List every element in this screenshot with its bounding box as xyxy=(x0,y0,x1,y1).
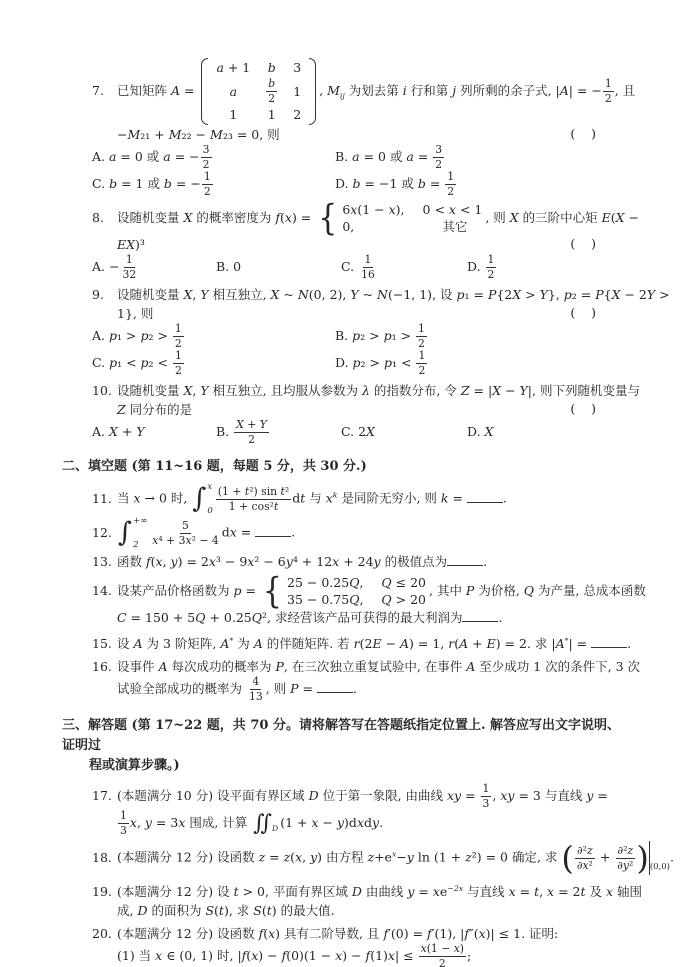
denominator: 2 xyxy=(433,158,444,171)
text-run: 1}, 则 xyxy=(117,306,153,321)
question-line: −M₂₁ + M₂₂ − M₂₃ = 0, 则( ) xyxy=(92,125,626,144)
text-run: , 其中 xyxy=(429,583,466,598)
question-16: 16.设事件 A 每次成功的概率为 P, 在三次独立重复试验中, 在事件 A 至… xyxy=(92,657,626,703)
text-run: 0, xyxy=(342,219,354,234)
text-run: + 24 xyxy=(339,554,373,569)
text-run: ) = 1, xyxy=(409,636,448,651)
text-run: 1 xyxy=(293,84,301,99)
fraction: 413 xyxy=(247,676,265,703)
text-run: . xyxy=(670,850,674,865)
math-var: t xyxy=(274,500,278,513)
question-line: 10.设随机变量 X, Y 相互独立, 且均服从参数为 λ 的指数分布, 令 Z… xyxy=(92,381,626,400)
text-run: 是同阶无穷小, 则 xyxy=(338,491,441,506)
text-run: 每次成功的概率为 xyxy=(168,659,276,674)
text-run: C. xyxy=(92,355,109,370)
math-var: E xyxy=(487,636,496,651)
text-run: ₂₃ = 0, 则 xyxy=(223,127,280,142)
text-run: = −1 或 xyxy=(361,176,418,191)
exam-page: 7.已知矩阵 A = a + 1b3ab21112, Mij 为划去第 i 行和… xyxy=(0,0,684,967)
matrix-cell: 1 xyxy=(268,108,276,122)
blank-underline xyxy=(255,525,291,537)
text-run: }, xyxy=(548,287,564,302)
text-run: )| ≤ 1. 证明: xyxy=(486,926,559,941)
text-run: − xyxy=(396,850,406,865)
text-run: = xyxy=(448,491,466,506)
text-run: (本题满分 10 分) 设平面有界区域 xyxy=(117,788,309,803)
text-run: D. xyxy=(335,176,353,191)
math-var: A xyxy=(556,636,565,651)
text-run: > 20 xyxy=(392,592,426,607)
text-run: 1 xyxy=(120,809,127,822)
piecewise: {25 − 0.25Q,Q ≤ 2035 − 0.75Q,Q > 20 xyxy=(263,575,426,608)
eval-point: (0,0) xyxy=(650,858,670,877)
text-run: B. xyxy=(335,328,352,343)
math-var: A xyxy=(466,659,475,674)
denominator: 2 xyxy=(437,957,448,967)
math-var: p xyxy=(456,287,464,302)
math-var: Q xyxy=(349,592,359,607)
math-var: a xyxy=(216,60,223,75)
text-run: (1 − xyxy=(427,942,454,955)
text-run: A. xyxy=(92,149,109,164)
numerator: 1 xyxy=(416,350,427,364)
math-var: λ xyxy=(362,383,370,398)
text-run: ⁴ + 3 xyxy=(158,534,185,547)
math-var: a xyxy=(352,149,359,164)
numerator: 3 xyxy=(201,144,212,158)
text-run: ) = 2 xyxy=(178,554,209,569)
text-run: D. xyxy=(335,355,353,370)
fraction: ∂²z∂y² xyxy=(615,845,635,872)
text-run: − 2 xyxy=(621,287,647,302)
lower-limit: 2 xyxy=(133,541,147,550)
question-line: 8.设随机变量 X 的概率密度为 f(x) = {6x(1 − x),0 < x… xyxy=(92,202,626,235)
text-run: ₁ > xyxy=(392,328,415,343)
text-run: 同分布的是 xyxy=(126,402,192,417)
section-fill-in-heading: 二、填空题 (第 11~16 题，每题 5 分，共 30 分.) xyxy=(62,457,626,477)
case-cell: 25 − 0.25Q, xyxy=(287,575,363,591)
denominator: 2 xyxy=(266,92,277,105)
question-line: 20.(本题满分 12 分) 设函数 f(x) 具有二阶导数, 且 f′(0) … xyxy=(92,924,626,943)
matrix-cell: b xyxy=(268,61,276,75)
blank-underline xyxy=(317,681,353,693)
text-run: (0, 2), xyxy=(309,287,351,302)
upper-limit: +∞ xyxy=(133,517,147,526)
math-var: D xyxy=(137,903,147,918)
math-var: b xyxy=(418,176,426,191)
text-run: ~ xyxy=(359,287,377,302)
text-run: A. xyxy=(92,424,109,439)
text-run: 为产量, 总成本函数 xyxy=(534,583,646,598)
text-run: ) xyxy=(460,942,464,955)
text-run: = xyxy=(242,583,260,598)
question-number: 9. xyxy=(92,285,117,304)
options-row: A. a = 0 或 a = −32B. a = 0 或 a = 32 xyxy=(92,144,626,171)
text-run: ) 由方程 xyxy=(317,850,367,865)
option: D. X xyxy=(467,422,493,441)
choice-questions: 7.已知矩阵 A = a + 1b3ab21112, Mij 为划去第 i 行和… xyxy=(62,58,626,446)
math-var: X xyxy=(109,424,118,439)
math-var: M xyxy=(127,127,140,142)
math-var: x xyxy=(509,884,516,899)
text-run: − xyxy=(625,210,639,225)
math-var: Q xyxy=(349,575,359,590)
text-run: 1 xyxy=(204,170,211,183)
numerator: (1 + t²) sin t² xyxy=(216,486,291,500)
math-var: z xyxy=(587,844,593,857)
math-var: p xyxy=(141,355,149,370)
fraction: b2 xyxy=(266,78,277,105)
text-run: 的伴随矩阵. 若 xyxy=(263,636,354,651)
math-var: b xyxy=(164,176,172,191)
math-var: x xyxy=(388,948,395,963)
math-var: x xyxy=(479,926,486,941)
question-line: Z 同分布的是( ) xyxy=(92,400,626,419)
denominator: 3 xyxy=(118,824,129,837)
text-run: ₁ = xyxy=(465,287,488,302)
text-run: , xyxy=(359,592,363,607)
text-run: 3 xyxy=(483,797,490,810)
math-var: Y xyxy=(350,287,358,302)
math-var: b xyxy=(109,176,117,191)
math-var: y xyxy=(286,554,293,569)
fraction: (1 + t²) sin t²1 + cos²t xyxy=(216,486,291,513)
math-var: b xyxy=(353,176,361,191)
math-var: EX xyxy=(117,237,135,252)
text-run: 及 xyxy=(586,884,606,899)
math-var: x xyxy=(230,525,237,540)
text-run: = 1 或 xyxy=(117,176,164,191)
integral-limits: +∞2 xyxy=(133,518,147,548)
answer-paren: ( ) xyxy=(570,124,596,143)
options-row: C. b = 1 或 b = −12D. b = −1 或 b = 12 xyxy=(92,171,626,198)
text-run: ′(1), | xyxy=(432,926,465,941)
text-run: = − xyxy=(171,149,200,164)
question-number: 10. xyxy=(92,381,117,400)
math-var: M xyxy=(210,127,223,142)
text-run: ³ − 9 xyxy=(216,554,247,569)
text-run: 2 xyxy=(418,364,425,377)
math-var: p xyxy=(109,355,117,370)
text-run: , xyxy=(302,850,310,865)
numerator: ∂²z xyxy=(575,845,595,859)
text-run: B. xyxy=(216,424,233,439)
text-run: = − xyxy=(172,176,201,191)
text-run: 4 xyxy=(252,675,259,688)
question-20: 20.(本题满分 12 分) 设函数 f(x) 具有二阶导数, 且 f′(0) … xyxy=(92,924,626,967)
option: A. −132 xyxy=(92,254,216,281)
text-run: 2 xyxy=(268,92,275,105)
option: B. a = 0 或 a = 32 xyxy=(335,144,445,171)
text-run: 为 3 阶矩阵, xyxy=(143,636,221,651)
text-run: = xyxy=(265,850,283,865)
matrix-grid: a + 1b3ab21112 xyxy=(208,58,309,125)
matrix-cell: 1 xyxy=(229,108,237,122)
text-run: 已知矩阵 xyxy=(117,83,171,98)
text-run: ; xyxy=(467,948,471,963)
text-run: > 0, 平面有界区域 xyxy=(239,884,352,899)
text-run: 当 xyxy=(117,491,133,506)
text-run: 1 xyxy=(175,349,182,362)
text-run: 其它 xyxy=(423,219,468,234)
text-run: ) 具有二阶导数, 且 xyxy=(275,926,383,941)
question-line: 1}, 则( ) xyxy=(92,304,626,323)
answer-paren: ( ) xyxy=(570,234,596,253)
denominator: 2 xyxy=(445,185,456,198)
brace-icon: { xyxy=(263,574,282,609)
text-run: 1 xyxy=(175,322,182,335)
fraction: 5x⁴ + 3x² − 4 xyxy=(150,520,220,547)
text-run: ) = 2. 求 | xyxy=(496,636,556,651)
text-run: D. xyxy=(467,259,485,274)
math-var: S xyxy=(253,903,262,918)
question-number: 14. xyxy=(92,581,117,600)
denominator: 16 xyxy=(359,268,377,281)
text-run: D. xyxy=(467,424,485,439)
denominator: 3 xyxy=(481,797,492,810)
denominator: ∂y² xyxy=(615,859,635,872)
math-var: x xyxy=(209,554,216,569)
text-run: > xyxy=(521,287,539,302)
fraction: 116 xyxy=(359,254,377,281)
text-run: 3 xyxy=(435,143,442,156)
fraction: X + Y2 xyxy=(234,419,269,446)
numerator: 1 xyxy=(603,78,614,92)
text-run: 设随机变量 xyxy=(117,210,183,225)
text-run: 1 xyxy=(418,322,425,335)
text-run: 设某产品价格函数为 xyxy=(117,583,233,598)
math-var: p xyxy=(353,355,361,370)
math-var: C xyxy=(117,610,127,625)
fraction: 12 xyxy=(486,254,497,281)
text-run: = xyxy=(593,788,607,803)
text-run: 行和第 xyxy=(407,83,452,98)
text-run: . xyxy=(498,610,502,625)
text-run: = xyxy=(180,83,198,98)
integral-icon: ∫ xyxy=(118,519,132,547)
question-line: (1) 当 x ∈ (0, 1) 时, |f(x) − f(0)(1 − x) … xyxy=(92,943,626,967)
math-var: E xyxy=(372,636,381,651)
denominator: x⁴ + 3x² − 4 xyxy=(150,534,220,547)
fraction: 12 xyxy=(603,78,614,105)
math-var: xy xyxy=(447,788,461,803)
text-run: , 在三次独立重复试验中, 在事件 xyxy=(284,659,466,674)
math-var: P xyxy=(290,681,298,696)
question-14: 14.设某产品价格函数为 p = {25 − 0.25Q,Q ≤ 2035 − … xyxy=(92,575,626,627)
math-var: p xyxy=(384,328,392,343)
numerator: 4 xyxy=(250,676,261,690)
text-run: + 0.25 xyxy=(205,610,251,625)
text-run: + xyxy=(244,418,260,431)
text-run: ∂² xyxy=(618,844,628,857)
question-12: 12.∫+∞25x⁴ + 3x² − 4dx = . xyxy=(92,518,626,548)
section-solve-heading-line2: 程或演算步骤。) xyxy=(89,756,626,776)
text-run: 相互独立, xyxy=(209,287,271,302)
text-run: ), 求 xyxy=(224,903,253,918)
question-line: 试验全部成功的概率为 413, 则 P = . xyxy=(92,676,626,703)
text-run: + xyxy=(468,636,486,651)
text-run: ~ xyxy=(279,287,297,302)
text-run: 16 xyxy=(361,268,375,281)
blank-underline xyxy=(447,554,483,566)
text-run: ² xyxy=(629,859,633,872)
denominator: 2 xyxy=(246,433,257,446)
question-number: 12. xyxy=(92,523,117,542)
integral-icon: ∫ xyxy=(192,485,206,513)
math-var: A xyxy=(133,636,142,651)
math-var: Q xyxy=(381,575,391,590)
math-var: M xyxy=(327,83,340,98)
math-var: b xyxy=(268,60,276,75)
text-run: (本题满分 12 分) 设函数 xyxy=(117,926,259,941)
text-run: C. xyxy=(92,176,109,191)
text-run: { xyxy=(604,287,612,302)
blank-underline xyxy=(591,636,627,648)
paren-right-icon xyxy=(309,58,316,125)
case-cell: 35 − 0.75Q, xyxy=(287,592,363,608)
math-var: Y xyxy=(200,383,208,398)
matrix-cell: 3 xyxy=(293,61,301,75)
solve-questions: 17.(本题满分 10 分) 设平面有界区域 D 位于第一象限, 由曲线 xy … xyxy=(62,783,626,967)
question-number: 15. xyxy=(92,634,117,653)
fraction: 32 xyxy=(433,144,444,171)
math-var: x xyxy=(433,884,440,899)
math-var: y xyxy=(145,815,152,830)
text-run: = 0 或 xyxy=(116,149,163,164)
text-run: 2 xyxy=(204,185,211,198)
text-run: − xyxy=(319,815,337,830)
question-number: 20. xyxy=(92,924,117,943)
text-run: ∂² xyxy=(577,844,587,857)
math-var: E xyxy=(602,210,611,225)
text-run: = 0 或 xyxy=(360,149,407,164)
math-var: x xyxy=(357,815,364,830)
numerator: 1 xyxy=(486,254,497,268)
question-15: 15.设 A 为 3 阶矩阵, A* 为 A 的伴随矩阵. 若 r(2E − A… xyxy=(92,631,626,653)
text-run: ⁴ + 12 xyxy=(293,554,332,569)
matrix-cell: b2 xyxy=(265,78,278,105)
fraction: 132 xyxy=(120,254,138,281)
math-var: X xyxy=(492,383,501,398)
text-run: = 3 xyxy=(152,815,178,830)
question-7: 7.已知矩阵 A = a + 1b3ab21112, Mij 为划去第 i 行和… xyxy=(92,58,626,198)
text-run: A. xyxy=(92,328,109,343)
text-run: (1 + xyxy=(280,815,311,830)
denominator: ∂x² xyxy=(575,859,595,872)
fraction: 12 xyxy=(416,350,427,377)
numerator: b xyxy=(266,78,277,92)
brace-icon: { xyxy=(318,201,337,236)
question-line: 14.设某产品价格函数为 p = {25 − 0.25Q,Q ≤ 2035 − … xyxy=(92,575,626,608)
matrix: a + 1b3ab21112 xyxy=(201,58,316,125)
text-run: 35 − 0.75 xyxy=(287,592,349,607)
text-run: | = − xyxy=(569,83,602,98)
question-number: 19. xyxy=(92,882,117,901)
text-run: ) = xyxy=(292,210,315,225)
paren-left-icon xyxy=(201,58,208,125)
options-row: C. p₁ < p₂ < 12D. p₂ > p₁ < 12 xyxy=(92,350,626,377)
fraction: x(1 − x)2 xyxy=(419,943,466,967)
text-run: ² xyxy=(285,485,289,498)
text-run: 的概率密度为 xyxy=(192,210,275,225)
text-run: 13 xyxy=(249,690,263,703)
text-run: 1 xyxy=(447,170,454,183)
text-run: 1 xyxy=(488,253,495,266)
math-var: N xyxy=(298,287,309,302)
text-run: 的指数分布, 令 xyxy=(370,383,461,398)
math-var: S xyxy=(205,903,214,918)
math-var: x xyxy=(133,491,140,506)
case-cell: Q ≤ 20 xyxy=(381,575,426,591)
fraction: 13 xyxy=(481,783,492,810)
text-run: 1 xyxy=(418,349,425,362)
text-run: , 且 xyxy=(615,83,635,98)
math-var: X xyxy=(616,210,625,225)
text-run: 2 xyxy=(248,433,255,446)
math-var: A xyxy=(254,636,263,651)
math-var: X xyxy=(512,287,521,302)
big-paren: ) xyxy=(636,839,648,877)
numerator: 1 xyxy=(173,350,184,364)
fraction: 12 xyxy=(416,323,427,350)
text-run: + xyxy=(596,850,614,865)
math-var: x xyxy=(207,482,212,492)
text-run: = xyxy=(461,788,479,803)
text-run: 试验全部成功的概率为 xyxy=(117,681,246,696)
math-var: x xyxy=(449,202,456,217)
exam-document: { "sections":{ "s2":"二、填空题 (第 11~16 题，每题… xyxy=(0,0,684,967)
evaluated-at: (0,0) xyxy=(649,841,670,875)
text-run: = | xyxy=(470,383,493,398)
text-run: 0 xyxy=(207,506,212,516)
fraction: 12 xyxy=(445,171,456,198)
text-run: {2 xyxy=(496,287,512,302)
fraction: 13 xyxy=(118,810,129,837)
math-var: Q xyxy=(252,610,262,625)
question-line: 7.已知矩阵 A = a + 1b3ab21112, Mij 为划去第 i 行和… xyxy=(92,58,626,125)
option: A. a = 0 或 a = −32 xyxy=(92,144,335,171)
text-run: . xyxy=(627,636,631,651)
math-var: p xyxy=(564,287,572,302)
math-var: P xyxy=(275,659,283,674)
text-run: . xyxy=(353,681,357,696)
numerator: 1 xyxy=(445,171,456,185)
text-run: 设随机变量 xyxy=(117,383,183,398)
text-run: 函数 xyxy=(117,554,146,569)
option: D. p₂ > p₁ < 12 xyxy=(335,350,428,377)
question-17: 17.(本题满分 10 分) 设平面有界区域 D 位于第一象限, 由曲线 xy … xyxy=(92,783,626,837)
text-run: ₂ > xyxy=(148,328,171,343)
math-var: D xyxy=(352,884,362,899)
math-var: X xyxy=(366,424,375,439)
text-run: = xyxy=(516,884,534,899)
math-var: Y xyxy=(200,287,208,302)
text-run: )³ xyxy=(135,237,145,252)
text-run: 1 xyxy=(605,77,612,90)
math-var: a xyxy=(406,149,413,164)
question-number: 18. xyxy=(92,848,117,867)
question-line: 17.(本题满分 10 分) 设平面有界区域 D 位于第一象限, 由曲线 xy … xyxy=(92,783,626,810)
math-var: x xyxy=(285,210,292,225)
text-run: +e xyxy=(374,850,392,865)
numerator: 5 xyxy=(180,520,191,534)
text-run: 设事件 xyxy=(117,659,158,674)
section-solve-heading: 三、解答题 (第 17~22 题，共 70 分。请将解答写在答题纸指定位置上. … xyxy=(62,716,626,776)
math-var: x xyxy=(606,884,613,899)
option: C. 116 xyxy=(341,254,467,281)
double-integral: ∬D xyxy=(253,812,278,836)
text-run: − xyxy=(117,127,127,142)
